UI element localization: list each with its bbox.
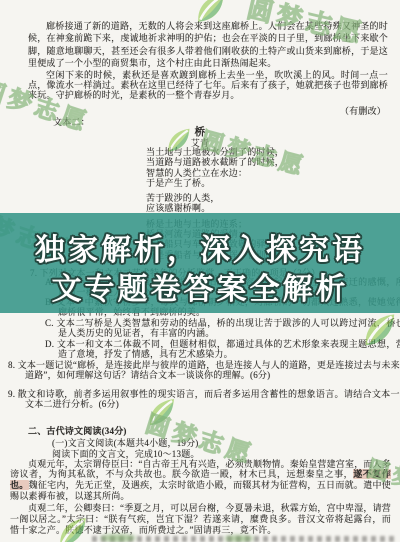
- classical-paragraph-2: 贞观二年，公卿奏曰：“季夏之月，可以居台榭，今夏暑未退，秋霖方始，宫中卑湿，请营…: [10, 503, 391, 535]
- poem-line: 当道路与道路被水截断了的时候，: [146, 157, 302, 167]
- story-paragraph-2: 空闲下来的时候，素秋还是喜欢踱到廊桥上去坐一坐，吹吹溪上的风。时间一点一点，像流…: [28, 70, 388, 101]
- scan-artifact: [100, 534, 136, 542]
- scanned-exam-page: 圆梦志愿 圆梦志愿 圆梦志愿 圆梦志愿 圆梦志愿 圆梦志愿 廊桥接通了新的道路，…: [0, 0, 400, 542]
- poem-line: 于是产生了桥。: [146, 178, 302, 188]
- poem-line: 苦于跋涉的人类，: [146, 193, 302, 203]
- option-d: D. 文本一和文本二体裁不同，但题材相似，都通过具体的艺术形象来表现主题思想，营…: [45, 339, 400, 360]
- promo-overlay-line-1: 独家解析，深入探究语: [0, 235, 400, 267]
- scan-artifact: [224, 535, 254, 542]
- poem-line: 当土地与土地被水分割了的时候，: [146, 147, 302, 157]
- promo-overlay: 独家解析，深入探究语 文专题卷答案全解析: [0, 213, 400, 313]
- option-c: C. 文本二写桥是人类智慧和劳动的结晶，桥的出现让苦于跋涉的人可以跨过河流，桥也…: [45, 318, 400, 339]
- poem-line: 智慧的人类伫立在水边：: [146, 168, 302, 178]
- story-block: 廊桥接通了新的道路，无数的人将会来到这座廊桥上。人们会在某些特殊又神圣的时候，在…: [28, 20, 388, 101]
- promo-overlay-line-2: 文专题卷答案全解析: [0, 274, 400, 306]
- story-paragraph-1: 廊桥接通了新的道路，无数的人将会来到这座廊桥上。人们会在某些特殊又神圣的时候，在…: [28, 20, 388, 70]
- classical-paragraph-1: 贞观元年，太宗谓侍臣曰：“自古帝王凡有兴造，必须贵顺物情。秦始皇营建宫室，而人多…: [10, 459, 391, 502]
- question-8: 8. 文本一题记说“廊桥，是连接此岸与彼岸的道路，也是连接人与人的道路，更是连接…: [8, 360, 400, 381]
- classical-text: 贞观元年，太宗谓侍臣曰：“自古帝王凡有兴造，必须贵顺物情。秦始皇营建宫室，而人多…: [10, 459, 391, 480]
- question-9: 9. 散文和诗歌，前者多运用叙事性的现实语言，而后者多运用含蓄性的想象语言。请结…: [8, 389, 400, 410]
- classical-text: 魏征宅内，先无正堂，及遇疾，太宗时欲造小殿，而辍其材为征营构，五日而就。遣中使赐…: [10, 480, 391, 501]
- story-credit: （有删改）: [340, 104, 386, 117]
